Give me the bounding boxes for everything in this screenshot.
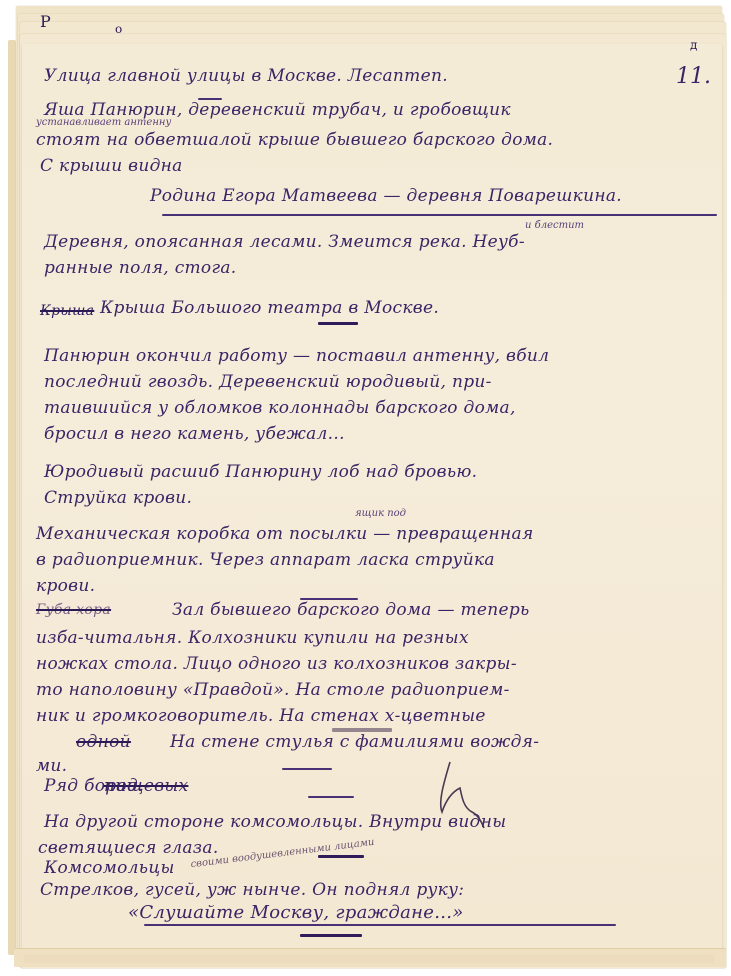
- underline-mark: [318, 322, 358, 325]
- struck-text: одной: [76, 732, 131, 752]
- manuscript-line: Механическая коробка от посылки — превра…: [36, 524, 534, 544]
- stack-bottom-edge: [24, 955, 714, 963]
- manuscript-line: одной: [36, 732, 137, 752]
- inserted-text: и блестит: [525, 220, 584, 231]
- underline-mark: [318, 855, 364, 858]
- manuscript-line: изба-читальня. Колхозники купили на резн…: [36, 628, 469, 648]
- inserted-text: ящик под: [355, 508, 406, 519]
- manuscript-line: Юродивый расшиб Панюрину лоб над бровью.: [44, 462, 477, 482]
- manuscript-line: ник и громкоговоритель. На стенах х-цвет…: [36, 706, 486, 726]
- manuscript-line: таившийся у обломков колоннады барского …: [44, 398, 516, 418]
- manuscript-line: Струйка крови.: [44, 488, 192, 508]
- back-sheet-mark: д: [690, 38, 697, 52]
- heading-underline: [162, 214, 717, 216]
- underline-mark: [282, 768, 332, 770]
- manuscript-line: ножках стола. Лицо одного из колхозников…: [36, 654, 517, 674]
- manuscript-line: Панюрин окончил работу — поставил антенн…: [44, 346, 549, 366]
- manuscript-line: Яша Панюрин, деревенский трубач, и гробо…: [44, 100, 511, 120]
- underline-mark: [308, 796, 354, 798]
- closing-line: «Слушайте Москву, граждане...»: [128, 902, 464, 923]
- manuscript-line: светящиеся глаза.: [38, 838, 219, 858]
- manuscript-line: Зал бывшего барского дома — теперь: [172, 600, 530, 620]
- manuscript-line: ранные поля, стога.: [44, 258, 237, 278]
- manuscript-line: Улица главной улицы в Москве. Лесаптеп.: [44, 66, 448, 86]
- manuscript-line: то наполовину «Правдой». На столе радиоп…: [36, 680, 510, 700]
- manuscript-line: На стене стулья с фамилиями вождя-: [170, 732, 539, 752]
- manuscript-line: последний гвоздь. Деревенский юродивый, …: [44, 372, 492, 392]
- manuscript-line: в радиоприемник. Через аппарат ласка стр…: [36, 550, 495, 570]
- back-sheet-mark: о: [115, 22, 122, 36]
- struck-text: Крыша: [40, 303, 94, 319]
- manuscript-line: стоят на обветшалой крыше бывшего барско…: [36, 130, 553, 150]
- manuscript-line: Деревня, опоясанная лесами. Змеится река…: [44, 232, 525, 252]
- manuscript-line: Стрелков, гусей, уж нынче. Он поднял рук…: [40, 880, 464, 900]
- page-number: 11.: [676, 64, 711, 89]
- underline-mark: [300, 598, 358, 600]
- back-sheet-mark: Р: [40, 12, 51, 31]
- manuscript-line: Комсомольцы: [44, 858, 175, 878]
- manuscript-line: Ряд бород.: [44, 776, 144, 796]
- scene-heading: Родина Егора Матвеева — деревня Поварешк…: [150, 186, 622, 206]
- struck-text: Губа хора: [36, 602, 111, 618]
- paper-spine: [8, 40, 16, 955]
- scene-heading: Крыша Большого театра в Москве.: [100, 298, 439, 318]
- manuscript-line: ми.: [36, 756, 67, 776]
- underline-mark: [300, 934, 362, 937]
- closing-underline: [144, 924, 616, 926]
- manuscript-line: С крыши видна: [40, 156, 183, 176]
- manuscript-line: крови.: [36, 576, 95, 596]
- manuscript-line: На другой стороне комсомольцы. Внутри ви…: [44, 812, 506, 832]
- manuscript-line: бросил в него камень, убежал...: [44, 424, 345, 444]
